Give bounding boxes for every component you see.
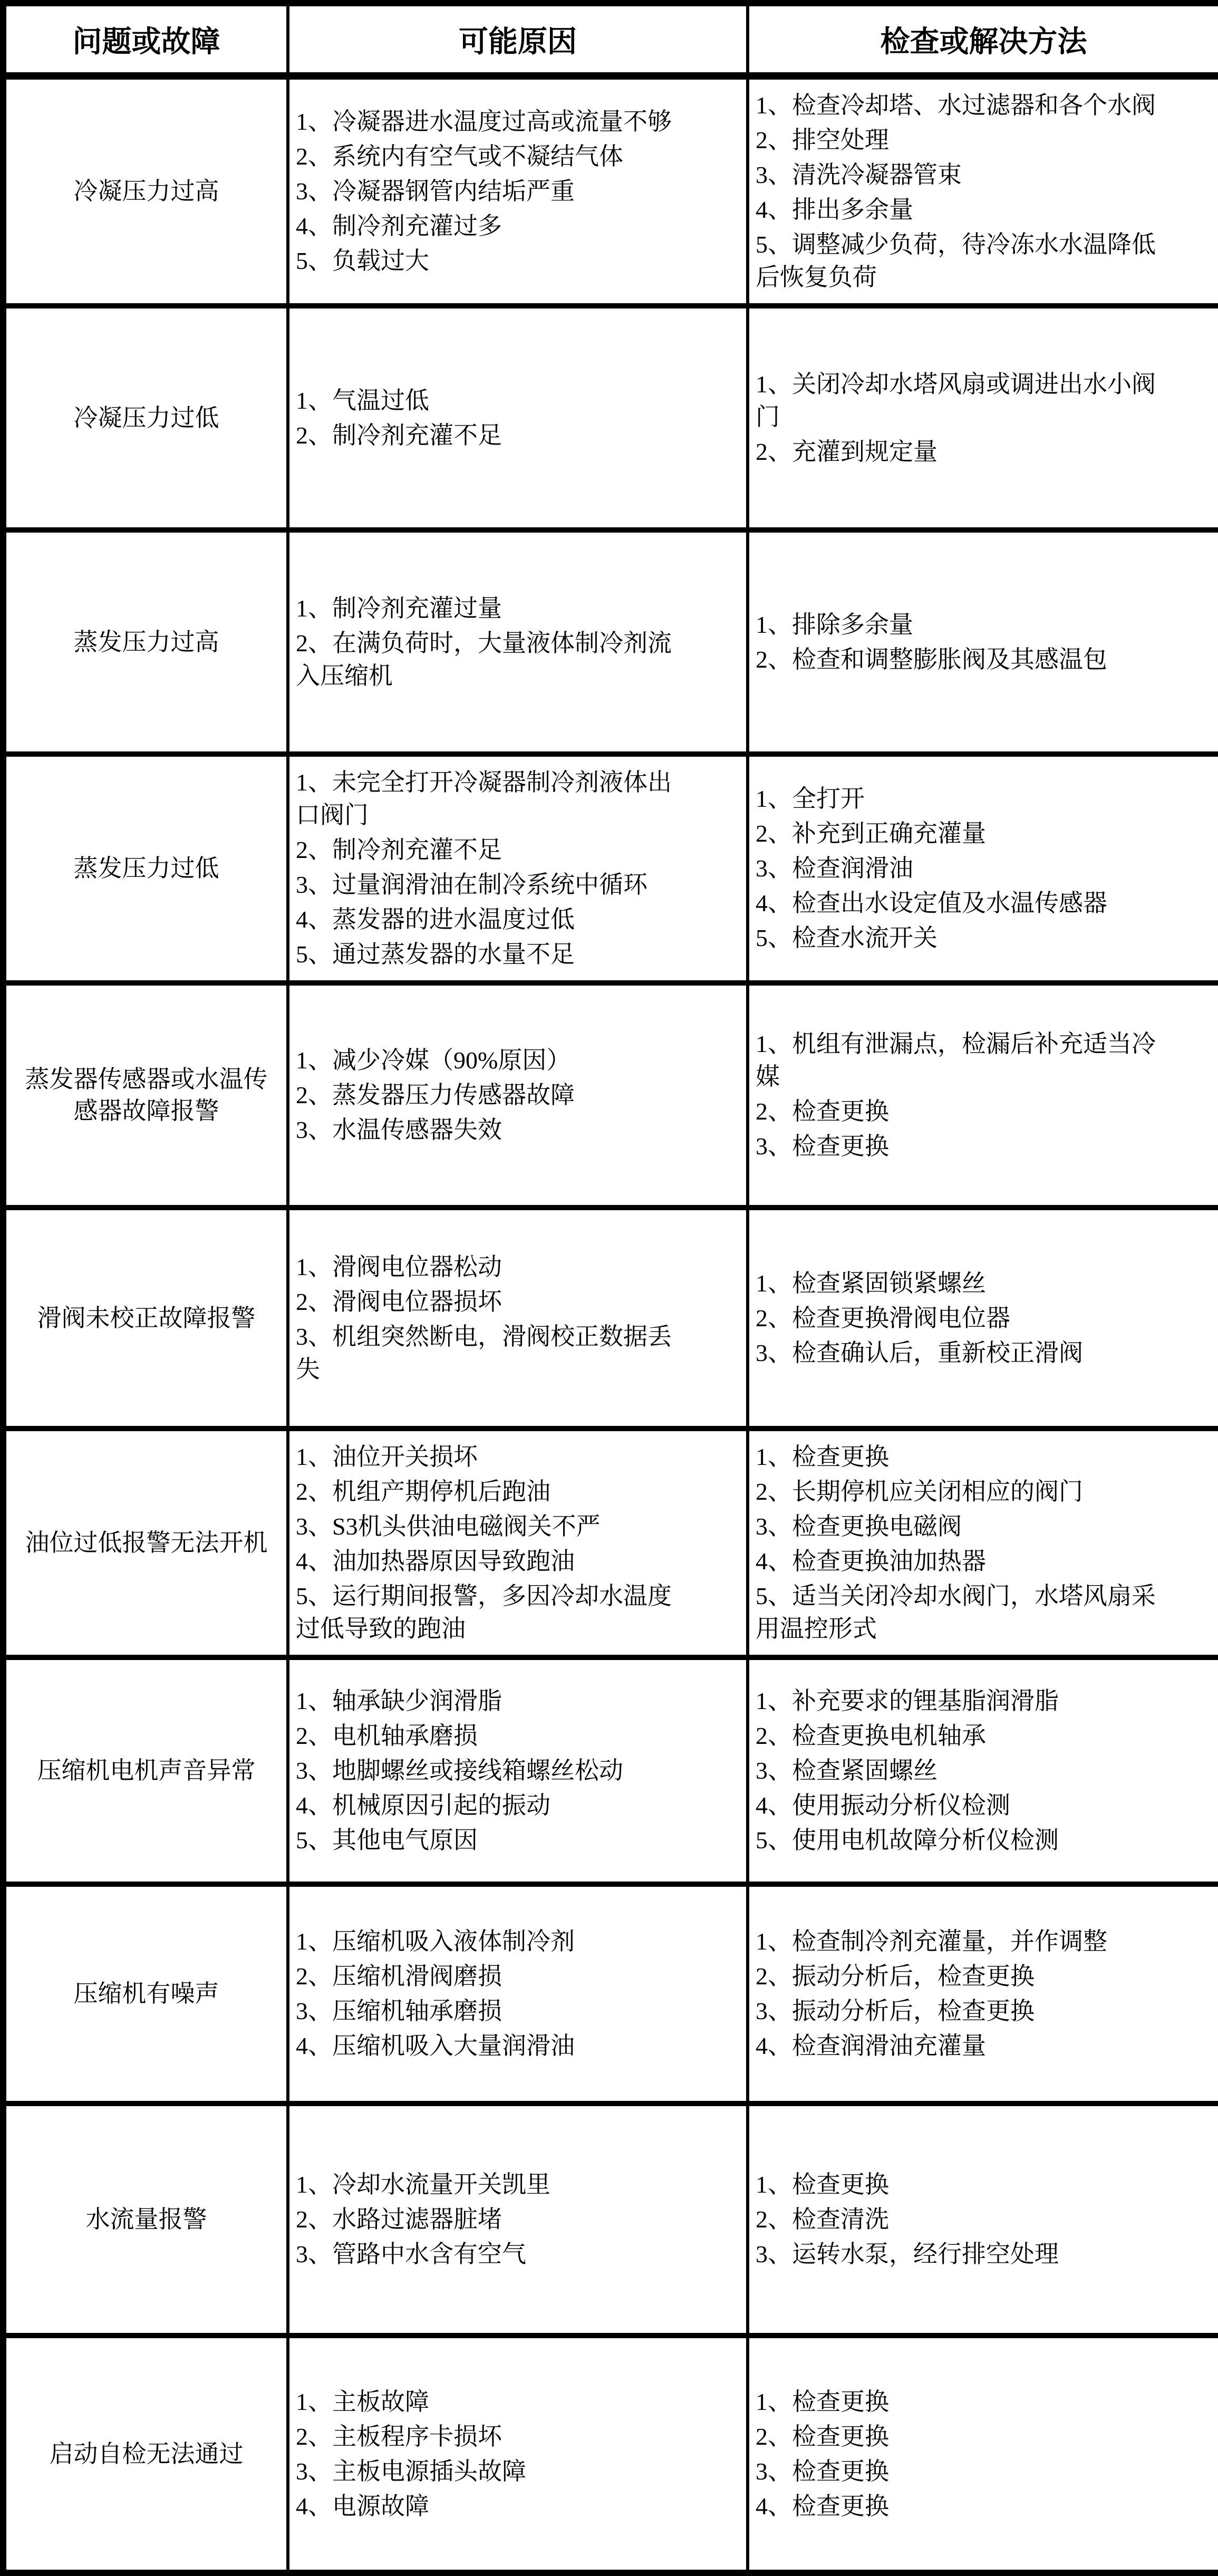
- solution-item: 1、关闭冷却水塔风扇或调进出水小阀门: [756, 368, 1165, 433]
- solution-item: 2、充灌到规定量: [756, 436, 1165, 468]
- table-row: 油位过低报警无法开机 1、油位开关损坏2、机组产期停机后跑油3、S3机头供油电磁…: [3, 1429, 1218, 1657]
- cause-item: 1、轴承缺少润滑脂: [296, 1685, 681, 1718]
- cause-item: 5、通过蒸发器的水量不足: [296, 938, 681, 971]
- cause-item: 2、在满负荷时，大量液体制冷剂流入压缩机: [296, 627, 681, 692]
- solution-item: 3、检查紧固螺丝: [756, 1754, 1165, 1787]
- cause-item: 1、主板故障: [296, 2386, 681, 2418]
- cause-item: 4、油加热器原因导致跑油: [296, 1545, 681, 1578]
- solution-item: 1、排除多余量: [756, 609, 1165, 641]
- cause-item: 3、管路中水含有空气: [296, 2238, 681, 2271]
- table-body: 冷凝压力过高 1、冷凝器进水温度过高或流量不够2、系统内有空气或不凝结气体3、冷…: [3, 76, 1218, 2573]
- cause-item: 1、冷凝器进水温度过高或流量不够: [296, 105, 681, 138]
- solutions-cell: 1、补充要求的锂基脂润滑脂2、检查更换电机轴承3、检查紧固螺丝4、使用振动分析仪…: [748, 1657, 1218, 1884]
- cause-item: 2、滑阀电位器损坏: [296, 1286, 681, 1318]
- cause-item: 1、油位开关损坏: [296, 1441, 681, 1473]
- solution-item: 4、检查更换油加热器: [756, 1545, 1165, 1578]
- problem-label: 水流量报警: [17, 2204, 276, 2235]
- cause-item: 1、滑阀电位器松动: [296, 1251, 681, 1284]
- cause-item: 4、制冷剂充灌过多: [296, 210, 681, 243]
- problem-cell: 冷凝压力过高: [3, 76, 288, 306]
- solutions-cell: 1、全打开2、补充到正确充灌量3、检查润滑油4、检查出水设定值及水温传感器5、检…: [748, 754, 1218, 983]
- problem-cell: 油位过低报警无法开机: [3, 1429, 288, 1657]
- solutions-cell: 1、检查制冷剂充灌量，并作调整2、振动分析后，检查更换3、振动分析后，检查更换4…: [748, 1884, 1218, 2104]
- solutions-cell: 1、检查更换2、检查更换3、检查更换4、检查更换: [748, 2336, 1218, 2573]
- solution-item: 4、检查出水设定值及水温传感器: [756, 887, 1165, 920]
- solution-item: 3、振动分析后，检查更换: [756, 1995, 1165, 2028]
- solution-item: 1、检查冷却塔、水过滤器和各个水阀: [756, 89, 1165, 122]
- solution-item: 3、检查更换: [756, 1130, 1165, 1163]
- causes-cell: 1、轴承缺少润滑脂2、电机轴承磨损3、地脚螺丝或接线箱螺丝松动4、机械原因引起的…: [288, 1657, 748, 1884]
- cause-item: 2、制冷剂充灌不足: [296, 419, 681, 452]
- causes-cell: 1、油位开关损坏2、机组产期停机后跑油3、S3机头供油电磁阀关不严4、油加热器原…: [288, 1429, 748, 1657]
- cause-item: 3、过量润滑油在制冷系统中循环: [296, 869, 681, 901]
- solution-item: 1、检查紧固锁紧螺丝: [756, 1267, 1165, 1300]
- table-row: 蒸发器传感器或水温传感器故障报警 1、减少冷媒（90%原因）2、蒸发器压力传感器…: [3, 983, 1218, 1208]
- troubleshooting-table: 问题或故障 可能原因 检查或解决方法 冷凝压力过高 1、冷凝器进水温度过高或流量…: [0, 0, 1218, 2576]
- cause-item: 3、压缩机轴承磨损: [296, 1995, 681, 2028]
- cause-item: 4、压缩机吸入大量润滑油: [296, 2030, 681, 2062]
- solution-item: 4、排出多余量: [756, 194, 1165, 226]
- cause-item: 2、电机轴承磨损: [296, 1720, 681, 1752]
- solution-item: 2、排空处理: [756, 124, 1165, 157]
- solutions-cell: 1、排除多余量2、检查和调整膨胀阀及其感温包: [748, 530, 1218, 754]
- table-header-row: 问题或故障 可能原因 检查或解决方法: [3, 3, 1218, 76]
- solution-item: 3、检查确认后，重新校正滑阀: [756, 1337, 1165, 1369]
- cause-item: 4、蒸发器的进水温度过低: [296, 903, 681, 936]
- cause-item: 3、地脚螺丝或接线箱螺丝松动: [296, 1754, 681, 1787]
- solutions-cell: 1、检查冷却塔、水过滤器和各个水阀2、排空处理3、清洗冷凝器管束4、排出多余量5…: [748, 76, 1218, 306]
- solution-item: 2、长期停机应关闭相应的阀门: [756, 1475, 1165, 1508]
- cause-item: 3、水温传感器失效: [296, 1114, 681, 1146]
- cause-item: 1、冷却水流量开关凯里: [296, 2168, 681, 2201]
- solution-item: 1、检查更换: [756, 2168, 1165, 2201]
- cause-item: 2、主板程序卡损坏: [296, 2420, 681, 2453]
- causes-cell: 1、制冷剂充灌过量2、在满负荷时，大量液体制冷剂流入压缩机: [288, 530, 748, 754]
- causes-cell: 1、气温过低2、制冷剂充灌不足: [288, 306, 748, 530]
- causes-cell: 1、滑阀电位器松动2、滑阀电位器损坏3、机组突然断电，滑阀校正数据丢失: [288, 1208, 748, 1429]
- solution-item: 2、检查清洗: [756, 2203, 1165, 2236]
- cause-item: 1、气温过低: [296, 384, 681, 417]
- solution-item: 1、检查更换: [756, 2386, 1165, 2418]
- cause-item: 2、蒸发器压力传感器故障: [296, 1079, 681, 1112]
- header-causes: 可能原因: [288, 3, 748, 76]
- cause-item: 3、机组突然断电，滑阀校正数据丢失: [296, 1320, 681, 1386]
- cause-item: 3、主板电源插头故障: [296, 2455, 681, 2488]
- solution-item: 4、检查润滑油充灌量: [756, 2030, 1165, 2062]
- problem-label: 冷凝压力过低: [17, 402, 276, 434]
- cause-item: 2、水路过滤器脏堵: [296, 2203, 681, 2236]
- problem-label: 启动自检无法通过: [17, 2438, 276, 2470]
- problem-label: 压缩机电机声音异常: [17, 1755, 276, 1787]
- solution-item: 1、全打开: [756, 783, 1165, 815]
- causes-cell: 1、减少冷媒（90%原因）2、蒸发器压力传感器故障3、水温传感器失效: [288, 983, 748, 1208]
- solutions-cell: 1、关闭冷却水塔风扇或调进出水小阀门2、充灌到规定量: [748, 306, 1218, 530]
- solution-item: 2、检查更换: [756, 2420, 1165, 2453]
- problem-cell: 启动自检无法通过: [3, 2336, 288, 2573]
- solution-item: 5、检查水流开关: [756, 922, 1165, 954]
- problem-cell: 蒸发压力过高: [3, 530, 288, 754]
- solution-item: 4、使用振动分析仪检测: [756, 1789, 1165, 1822]
- causes-cell: 1、压缩机吸入液体制冷剂2、压缩机滑阀磨损3、压缩机轴承磨损4、压缩机吸入大量润…: [288, 1884, 748, 2104]
- cause-item: 1、减少冷媒（90%原因）: [296, 1044, 681, 1077]
- problem-cell: 水流量报警: [3, 2104, 288, 2336]
- cause-item: 1、制冷剂充灌过量: [296, 592, 681, 625]
- cause-item: 3、S3机头供油电磁阀关不严: [296, 1510, 681, 1543]
- solutions-cell: 1、检查更换2、长期停机应关闭相应的阀门3、检查更换电磁阀4、检查更换油加热器5…: [748, 1429, 1218, 1657]
- problem-label: 蒸发压力过高: [17, 626, 276, 658]
- solution-item: 1、机组有泄漏点，检漏后补充适当冷媒: [756, 1028, 1165, 1093]
- solution-item: 1、检查更换: [756, 1441, 1165, 1473]
- problem-cell: 滑阀未校正故障报警: [3, 1208, 288, 1429]
- table-row: 滑阀未校正故障报警 1、滑阀电位器松动2、滑阀电位器损坏3、机组突然断电，滑阀校…: [3, 1208, 1218, 1429]
- problem-cell: 压缩机电机声音异常: [3, 1657, 288, 1884]
- cause-item: 1、压缩机吸入液体制冷剂: [296, 1925, 681, 1958]
- cause-item: 2、制冷剂充灌不足: [296, 834, 681, 866]
- problem-cell: 压缩机有噪声: [3, 1884, 288, 2104]
- solution-item: 2、检查和调整膨胀阀及其感温包: [756, 643, 1165, 676]
- problem-label: 冷凝压力过高: [17, 176, 276, 207]
- solution-item: 5、调整减少负荷，待冷冻水水温降低后恢复负荷: [756, 228, 1165, 294]
- problem-label: 蒸发器传感器或水温传感器故障报警: [17, 1064, 276, 1127]
- table-row: 水流量报警 1、冷却水流量开关凯里2、水路过滤器脏堵3、管路中水含有空气 1、检…: [3, 2104, 1218, 2336]
- cause-item: 5、其他电气原因: [296, 1824, 681, 1857]
- solution-item: 5、适当关闭冷却水阀门，水塔风扇采用温控形式: [756, 1580, 1165, 1645]
- solution-item: 2、振动分析后，检查更换: [756, 1960, 1165, 1993]
- table-row: 蒸发压力过高 1、制冷剂充灌过量2、在满负荷时，大量液体制冷剂流入压缩机 1、排…: [3, 530, 1218, 754]
- table-row: 启动自检无法通过 1、主板故障2、主板程序卡损坏3、主板电源插头故障4、电源故障…: [3, 2336, 1218, 2573]
- causes-cell: 1、冷凝器进水温度过高或流量不够2、系统内有空气或不凝结气体3、冷凝器钢管内结垢…: [288, 76, 748, 306]
- table-row: 冷凝压力过低 1、气温过低2、制冷剂充灌不足 1、关闭冷却水塔风扇或调进出水小阀…: [3, 306, 1218, 530]
- solution-item: 3、清洗冷凝器管束: [756, 159, 1165, 191]
- solution-item: 3、运转水泵，经行排空处理: [756, 2238, 1165, 2271]
- solutions-cell: 1、检查更换2、检查清洗3、运转水泵，经行排空处理: [748, 2104, 1218, 2336]
- solution-item: 2、检查更换电机轴承: [756, 1720, 1165, 1752]
- solution-item: 1、补充要求的锂基脂润滑脂: [756, 1685, 1165, 1718]
- causes-cell: 1、未完全打开冷凝器制冷剂液体出口阀门2、制冷剂充灌不足3、过量润滑油在制冷系统…: [288, 754, 748, 983]
- causes-cell: 1、主板故障2、主板程序卡损坏3、主板电源插头故障4、电源故障: [288, 2336, 748, 2573]
- problem-label: 蒸发压力过低: [17, 853, 276, 884]
- solution-item: 2、补充到正确充灌量: [756, 817, 1165, 850]
- table-row: 压缩机电机声音异常 1、轴承缺少润滑脂2、电机轴承磨损3、地脚螺丝或接线箱螺丝松…: [3, 1657, 1218, 1884]
- cause-item: 1、未完全打开冷凝器制冷剂液体出口阀门: [296, 766, 681, 832]
- problem-label: 滑阀未校正故障报警: [17, 1303, 276, 1334]
- problem-cell: 冷凝压力过低: [3, 306, 288, 530]
- problem-cell: 蒸发压力过低: [3, 754, 288, 983]
- cause-item: 2、压缩机滑阀磨损: [296, 1960, 681, 1993]
- cause-item: 4、电源故障: [296, 2490, 681, 2523]
- cause-item: 3、冷凝器钢管内结垢严重: [296, 175, 681, 208]
- header-problem: 问题或故障: [3, 3, 288, 76]
- table-row: 压缩机有噪声 1、压缩机吸入液体制冷剂2、压缩机滑阀磨损3、压缩机轴承磨损4、压…: [3, 1884, 1218, 2104]
- solution-item: 3、检查更换电磁阀: [756, 1510, 1165, 1543]
- cause-item: 2、系统内有空气或不凝结气体: [296, 140, 681, 173]
- solution-item: 2、检查更换滑阀电位器: [756, 1302, 1165, 1335]
- problem-cell: 蒸发器传感器或水温传感器故障报警: [3, 983, 288, 1208]
- cause-item: 4、机械原因引起的振动: [296, 1789, 681, 1822]
- header-solutions: 检查或解决方法: [748, 3, 1218, 76]
- cause-item: 5、运行期间报警，多因冷却水温度过低导致的跑油: [296, 1580, 681, 1645]
- causes-cell: 1、冷却水流量开关凯里2、水路过滤器脏堵3、管路中水含有空气: [288, 2104, 748, 2336]
- solutions-cell: 1、检查紧固锁紧螺丝2、检查更换滑阀电位器3、检查确认后，重新校正滑阀: [748, 1208, 1218, 1429]
- solution-item: 1、检查制冷剂充灌量，并作调整: [756, 1925, 1165, 1958]
- solution-item: 3、检查润滑油: [756, 852, 1165, 885]
- table-row: 冷凝压力过高 1、冷凝器进水温度过高或流量不够2、系统内有空气或不凝结气体3、冷…: [3, 76, 1218, 306]
- table-row: 蒸发压力过低 1、未完全打开冷凝器制冷剂液体出口阀门2、制冷剂充灌不足3、过量润…: [3, 754, 1218, 983]
- solution-item: 2、检查更换: [756, 1095, 1165, 1128]
- solution-item: 4、检查更换: [756, 2490, 1165, 2523]
- solutions-cell: 1、机组有泄漏点，检漏后补充适当冷媒2、检查更换3、检查更换: [748, 983, 1218, 1208]
- cause-item: 5、负载过大: [296, 245, 681, 277]
- solution-item: 3、检查更换: [756, 2455, 1165, 2488]
- solution-item: 5、使用电机故障分析仪检测: [756, 1824, 1165, 1857]
- problem-label: 压缩机有噪声: [17, 1978, 276, 2010]
- cause-item: 2、机组产期停机后跑油: [296, 1475, 681, 1508]
- problem-label: 油位过低报警无法开机: [17, 1527, 276, 1559]
